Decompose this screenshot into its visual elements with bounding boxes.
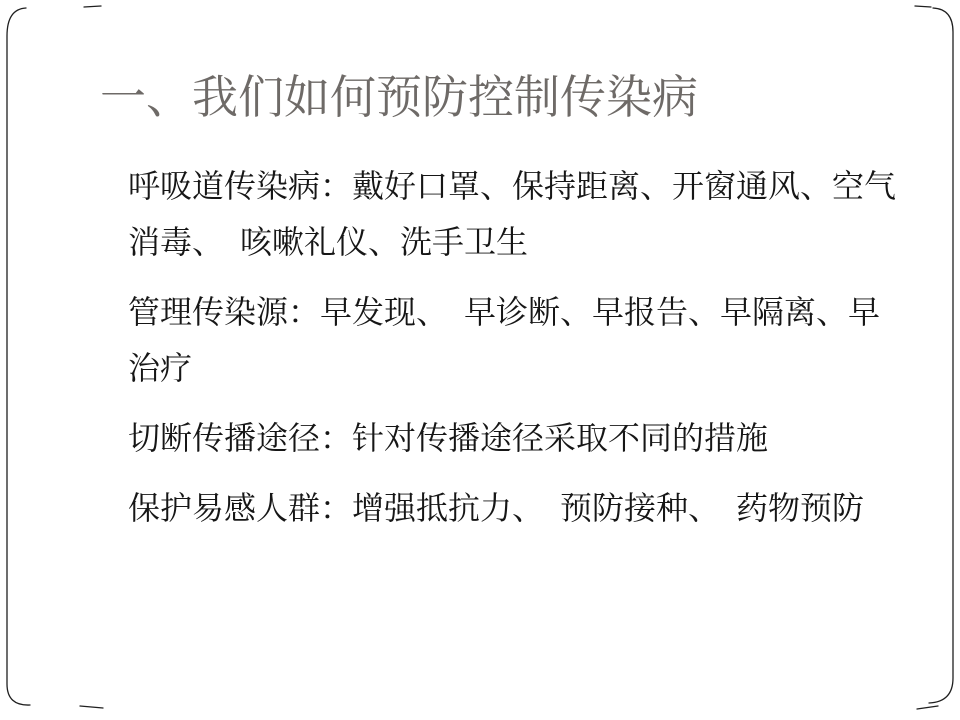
border-bottom-left-dash (80, 706, 103, 708)
body-paragraph-protect-susceptible: 保护易感人群：增强抵抗力、 预防接种、 药物预防 (128, 480, 938, 536)
text-line: 保护易感人群：增强抵抗力、 预防接种、 药物预防 (128, 480, 938, 536)
text-line: 切断传播途径：针对传播途径采取不同的措施 (128, 410, 938, 466)
slide-title: 一、我们如何预防控制传染病 (100, 70, 920, 125)
slide-body: 呼吸道传染病：戴好口罩、保持距离、开窗通风、空气 消毒、 咳嗽礼仪、洗手卫生 管… (128, 158, 938, 550)
body-paragraph-respiratory: 呼吸道传染病：戴好口罩、保持距离、开窗通风、空气 消毒、 咳嗽礼仪、洗手卫生 (128, 158, 938, 270)
border-bottom-right-dash (917, 706, 938, 709)
border-left-edge (7, 8, 30, 705)
text-line: 管理传染源：早发现、 早诊断、早报告、早隔离、早 (128, 284, 938, 340)
presentation-slide: 一、我们如何预防控制传染病 呼吸道传染病：戴好口罩、保持距离、开窗通风、空气 消… (0, 0, 960, 720)
border-top-left-dash (84, 6, 101, 7)
border-top-right-dash (915, 6, 931, 7)
body-paragraph-cut-transmission: 切断传播途径：针对传播途径采取不同的措施 (128, 410, 938, 466)
text-line: 治疗 (128, 340, 938, 396)
text-line: 呼吸道传染病：戴好口罩、保持距离、开窗通风、空气 (128, 158, 938, 214)
text-line: 消毒、 咳嗽礼仪、洗手卫生 (128, 214, 938, 270)
body-paragraph-manage-source: 管理传染源：早发现、 早诊断、早报告、早隔离、早 治疗 (128, 284, 938, 396)
